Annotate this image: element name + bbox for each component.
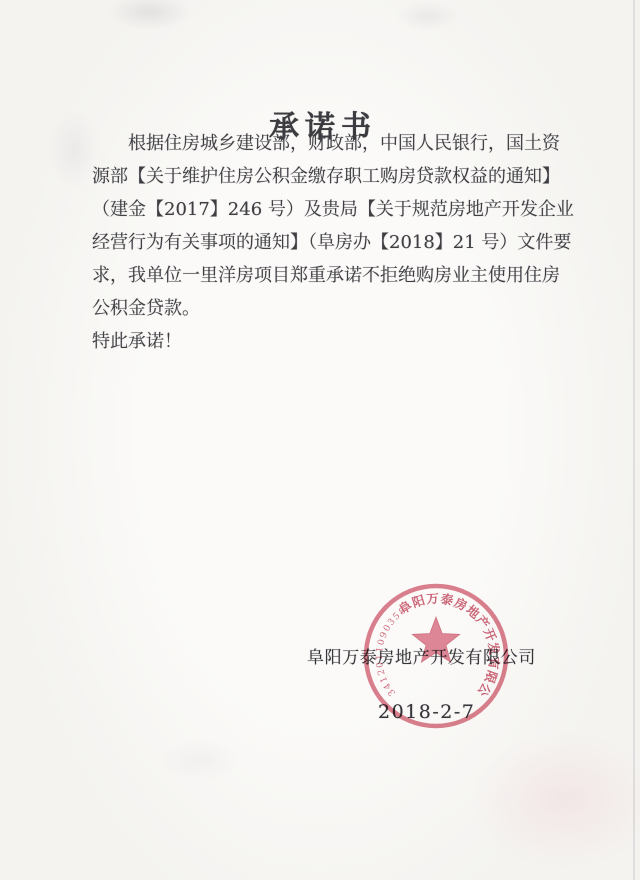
body-line: 经营行为有关事项的通知】（阜房办【2018】21 号）文件要 [92, 226, 550, 259]
body-line: 公积金贷款。 [92, 292, 550, 325]
scanned-commitment-letter: 承诺书 根据住房城乡建设部，财政部，中国人民银行，国土资 源部【关于维护住房公积… [0, 0, 640, 880]
seal-outer-ring [366, 586, 506, 726]
body-line: 求，我单位一里洋房项目郑重承诺不拒绝购房业主使用住房 [92, 259, 550, 292]
body-line: 源部【关于维护住房公积金缴存职工购房贷款权益的通知】 [92, 160, 550, 193]
body-line: 根据住房城乡建设部，财政部，中国人民银行，国土资 [92, 127, 550, 160]
body-paragraph: 根据住房城乡建设部，财政部，中国人民银行，国土资 源部【关于维护住房公积金缴存职… [92, 127, 550, 325]
seal-serial-number-text: 3412011090358 [375, 605, 409, 697]
body-line: （建金【2017】246 号）及贵局【关于规范房地产开发企业 [92, 193, 550, 226]
star-icon [412, 617, 460, 662]
company-seal-stamp: 3412011090358 阜阳万泰房地产开发有限公司 [353, 574, 519, 740]
closing-line: 特此承诺！ [92, 325, 182, 358]
